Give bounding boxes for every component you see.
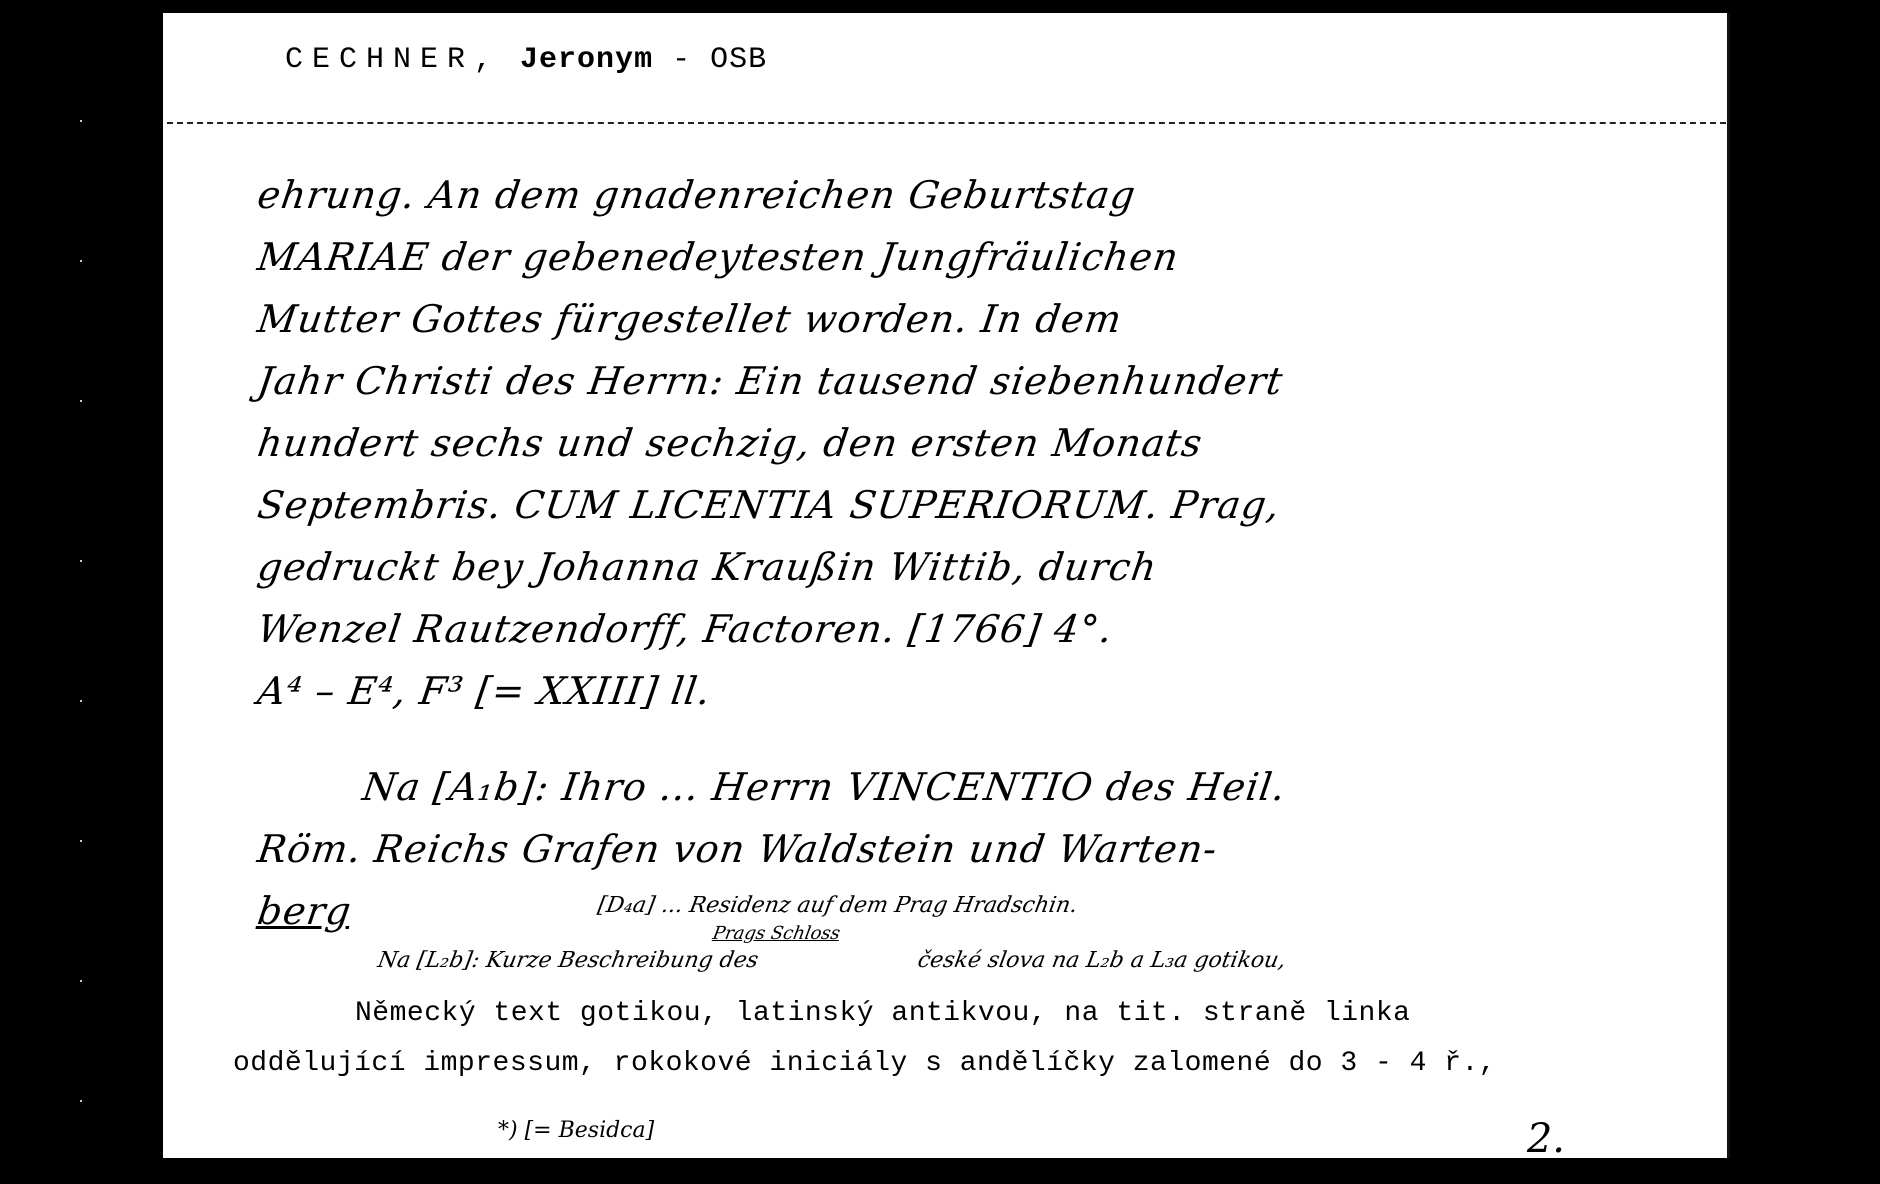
footnote: *) [= Besidca] [498, 1118, 654, 1143]
title-line-4: Jahr Christi des Herrn: Ein tausend sieb… [255, 359, 1711, 403]
interlinear-note-left: Na [L₂b]: Kurze Beschreibung des [376, 948, 761, 973]
card-header: CECHNER, Jeronym - OSB [285, 43, 767, 77]
page-number: 2. [1527, 1116, 1565, 1162]
interlinear-insert: [D₄a] ... Residenz auf dem Prag Hradschi… [596, 893, 1080, 918]
note-line-1: Na [A₁b]: Ihro ... Herrn VINCENTIO des H… [360, 765, 1816, 809]
title-line-5: hundert sechs und sechzig, den ersten Mo… [255, 421, 1711, 465]
title-line-7: gedruckt bey Johanna Kraußin Wittib, dur… [255, 545, 1711, 589]
title-line-6: Septembris. CUM LICENTIA SUPERIORUM. Pra… [255, 483, 1711, 527]
title-line-2: MARIAE der gebenedeytesten Jungfräuliche… [255, 235, 1711, 279]
author-given-name: Jeronym [520, 43, 653, 77]
collation-line: A⁴ – E⁴, F³ [= XXIII] ll. [255, 669, 1711, 713]
title-line-3: Mutter Gottes fürgestellet worden. In de… [255, 297, 1711, 341]
note-line-2: Röm. Reichs Grafen von Waldstein und War… [255, 827, 1711, 871]
typed-description-line-1: Německý text gotikou, latinský antikvou,… [355, 998, 1410, 1029]
scan-border-specks [80, 0, 86, 1184]
author-order: - OSB [672, 43, 767, 77]
catalogue-card: CECHNER, Jeronym - OSB ehrung. An dem gn… [163, 13, 1730, 1158]
interlinear-note-right: české slova na L₂b a L₃a gotikou, [916, 948, 1288, 973]
interlinear-insert-underlined: Prags Schloss [711, 923, 842, 944]
title-line-8: Wenzel Rautzendorff, Factoren. [1766] 4°… [255, 607, 1711, 651]
card-edge [1727, 13, 1730, 1158]
header-separator [167, 122, 1726, 124]
title-line-1: ehrung. An dem gnadenreichen Geburtstag [255, 173, 1711, 217]
author-surname: CECHNER, [285, 43, 501, 77]
typed-description-line-2: oddělující impressum, rokokové iniciály … [233, 1048, 1496, 1079]
